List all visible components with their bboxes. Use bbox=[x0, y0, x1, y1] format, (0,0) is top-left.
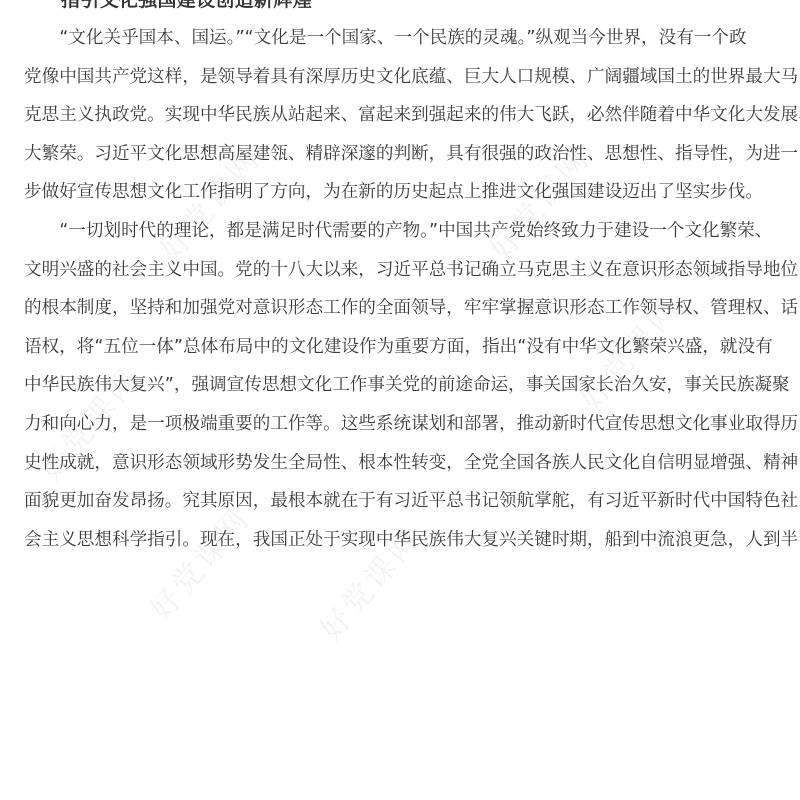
text-line: 史性成就，意识形态领域形势发生全局性、根本性转变，全党全国各族人民文化自信明显增… bbox=[24, 444, 784, 483]
document-page: 好党课网 好党课网 好党课网 好党课网 好党课网 好党课网 指引文化强国建设创造… bbox=[0, 0, 800, 800]
text-line: “一切划时代的理论，都是满足时代需要的产物。”中国共产党始终致力于建设一个文化繁… bbox=[24, 212, 784, 251]
text-line: 大繁荣。习近平文化思想高屋建瓴、精辟深邃的判断，具有很强的政治性、思想性、指导性… bbox=[24, 135, 784, 174]
text-line: 克思主义执政党。实现中华民族从站起来、富起来到强起来的伟大飞跃，必然伴随着中华文… bbox=[24, 96, 784, 135]
text-line: 中华民族伟大复兴”，强调宣传思想文化工作事关党的前途命运，事关国家长治久安，事关… bbox=[24, 366, 784, 405]
text-line: “文化关乎国本、国运。”“文化是一个国家、一个民族的灵魂。”纵观当今世界，没有一… bbox=[24, 19, 784, 58]
text-line: 语权，将“五位一体”总体布局中的文化建设作为重要方面，指出“没有中华文化繁荣兴盛… bbox=[24, 328, 784, 367]
text-line: 力和向心力，是一项极端重要的工作等。这些系统谋划和部署，推动新时代宣传思想文化事… bbox=[24, 405, 784, 444]
text-line: 党像中国共产党这样，是领导着具有深厚历史文化底蕴、巨大人口规模、广阔疆域国土的世… bbox=[24, 58, 784, 97]
text-line: 的根本制度，坚持和加强党对意识形态工作的全面领导，牢牢掌握意识形态工作领导权、管… bbox=[24, 289, 784, 328]
text-line: 文明兴盛的社会主义中国。党的十八大以来，习近平总书记确立马克思主义在意识形态领域… bbox=[24, 251, 784, 290]
text-line: 面貌更加奋发昂扬。究其原因，最根本就在于有习近平总书记领航掌舵，有习近平新时代中… bbox=[24, 482, 784, 521]
paragraph: “文化关乎国本、国运。”“文化是一个国家、一个民族的灵魂。”纵观当今世界，没有一… bbox=[24, 19, 784, 212]
document-body: “文化关乎国本、国运。”“文化是一个国家、一个民族的灵魂。”纵观当今世界，没有一… bbox=[24, 19, 784, 559]
text-line: 步做好宣传思想文化工作指明了方向，为在新的历史起点上推进文化强国建设迈出了坚实步… bbox=[24, 173, 784, 212]
text-line: 会主义思想科学指引。现在，我国正处于实现中华民族伟大复兴关键时期，船到中流浪更急… bbox=[24, 521, 784, 560]
paragraph: “一切划时代的理论，都是满足时代需要的产物。”中国共产党始终致力于建设一个文化繁… bbox=[24, 212, 784, 559]
document-title: 指引文化强国建设创造新辉煌 bbox=[61, 0, 312, 12]
